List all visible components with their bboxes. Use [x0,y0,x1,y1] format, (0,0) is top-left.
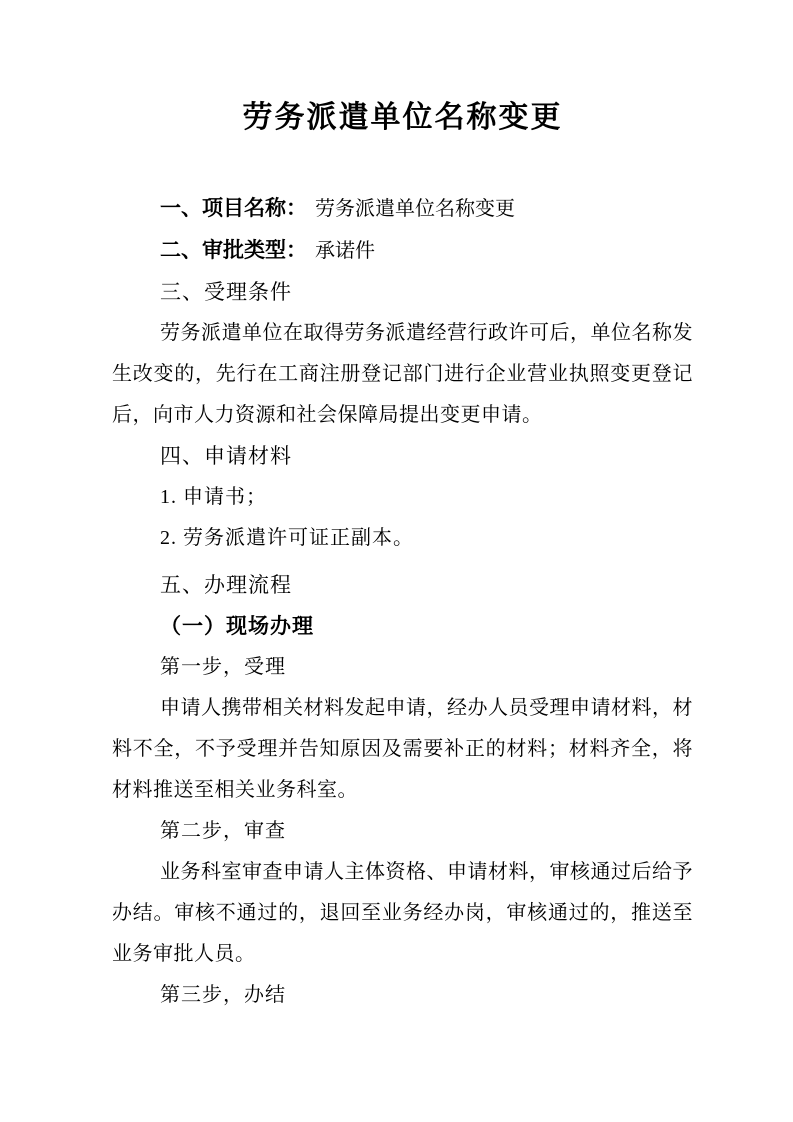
step-1-title: 第一步，受理 [112,647,693,688]
step-3-title: 第三步，办结 [112,975,693,1016]
document-title: 劳务派遣单位名称变更 [112,94,693,142]
section-heading-materials: 四、申请材料 [112,436,693,477]
section-heading-acceptance: 三、受理条件 [112,272,693,313]
project-name-label: 一、项目名称： [160,197,307,220]
field-project-name: 一、项目名称：劳务派遣单位名称变更 [112,188,693,230]
approval-type-value: 承诺件 [315,240,375,262]
approval-type-label: 二、审批类型： [160,239,307,262]
section-heading-process: 五、办理流程 [112,565,693,606]
acceptance-body-paragraph: 劳务派遣单位在取得劳务派遣经营行政许可后，单位名称发生改变的，先行在工商注册登记… [112,313,693,436]
document-page: 劳务派遣单位名称变更 一、项目名称：劳务派遣单位名称变更 二、审批类型：承诺件 … [0,0,793,1122]
material-item-2: 2. 劳务派遣许可证正副本。 [112,518,693,559]
step-2-body-paragraph: 业务科室审查申请人主体资格、申请材料，审核通过后给予办结。审核不通过的，退回至业… [112,852,693,975]
project-name-value: 劳务派遣单位名称变更 [315,198,515,220]
step-1-body-paragraph: 申请人携带相关材料发起申请，经办人员受理申请材料，材料不全，不予受理并告知原因及… [112,688,693,811]
field-approval-type: 二、审批类型：承诺件 [112,230,693,272]
step-2-title: 第二步，审查 [112,811,693,852]
material-item-1: 1. 申请书； [112,477,693,518]
subheading-onsite-handling: （一）现场办理 [112,606,693,647]
